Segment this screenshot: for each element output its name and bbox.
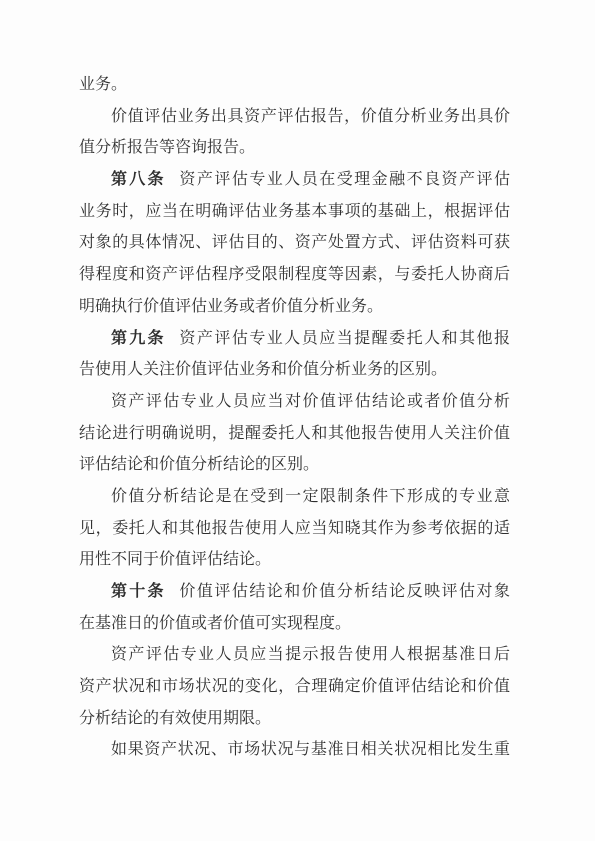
text-line: 第十条价值评估结论和价值分析结论反映评估对象 — [79, 576, 510, 608]
text-line: 价值分析结论是在受到一定限制条件下形成的专业意 — [79, 481, 510, 513]
text-line: 评估结论和价值分析结论的区别。 — [79, 449, 510, 481]
text-line: 分析结论的有效使用期限。 — [79, 703, 510, 735]
article-number: 第九条 — [111, 330, 166, 347]
text-line: 告使用人关注价值评估业务和价值分析业务的区别。 — [79, 354, 510, 386]
document-body: 业务。价值评估业务出具资产评估报告，价值分析业务出具价值分析报告等咨询报告。第八… — [79, 69, 510, 766]
text-line: 值分析报告等咨询报告。 — [79, 132, 510, 164]
document-page: 业务。价值评估业务出具资产评估报告，价值分析业务出具价值分析报告等咨询报告。第八… — [0, 0, 595, 841]
article-number: 第八条 — [111, 171, 166, 188]
text-line: 得程度和资产评估程序受限制程度等因素，与委托人协商后 — [79, 259, 510, 291]
text-line: 用性不同于价值评估结论。 — [79, 544, 510, 576]
text-line: 明确执行价值评估业务或者价值分析业务。 — [79, 291, 510, 323]
text-line: 资产状况和市场状况的变化，合理确定价值评估结论和价值 — [79, 671, 510, 703]
text-line: 资产评估专业人员应当对价值评估结论或者价值分析 — [79, 386, 510, 418]
text-line: 第八条资产评估专业人员在受理金融不良资产评估 — [79, 164, 510, 196]
text-line: 结论进行明确说明，提醒委托人和其他报告使用人关注价值 — [79, 418, 510, 450]
text-line: 在基准日的价值或者价值可实现程度。 — [79, 608, 510, 640]
text-line: 业务。 — [79, 69, 510, 101]
text-line: 价值评估业务出具资产评估报告，价值分析业务出具价 — [79, 101, 510, 133]
text-line: 业务时，应当在明确评估业务基本事项的基础上，根据评估 — [79, 196, 510, 228]
text-line: 第九条资产评估专业人员应当提醒委托人和其他报 — [79, 323, 510, 355]
text-line: 见，委托人和其他报告使用人应当知晓其作为参考依据的适 — [79, 513, 510, 545]
text-line: 对象的具体情况、评估目的、资产处置方式、评估资料可获 — [79, 227, 510, 259]
text-line: 如果资产状况、市场状况与基准日相关状况相比发生重 — [79, 734, 510, 766]
article-number: 第十条 — [111, 583, 166, 600]
text-line: 资产评估专业人员应当提示报告使用人根据基准日后 — [79, 639, 510, 671]
